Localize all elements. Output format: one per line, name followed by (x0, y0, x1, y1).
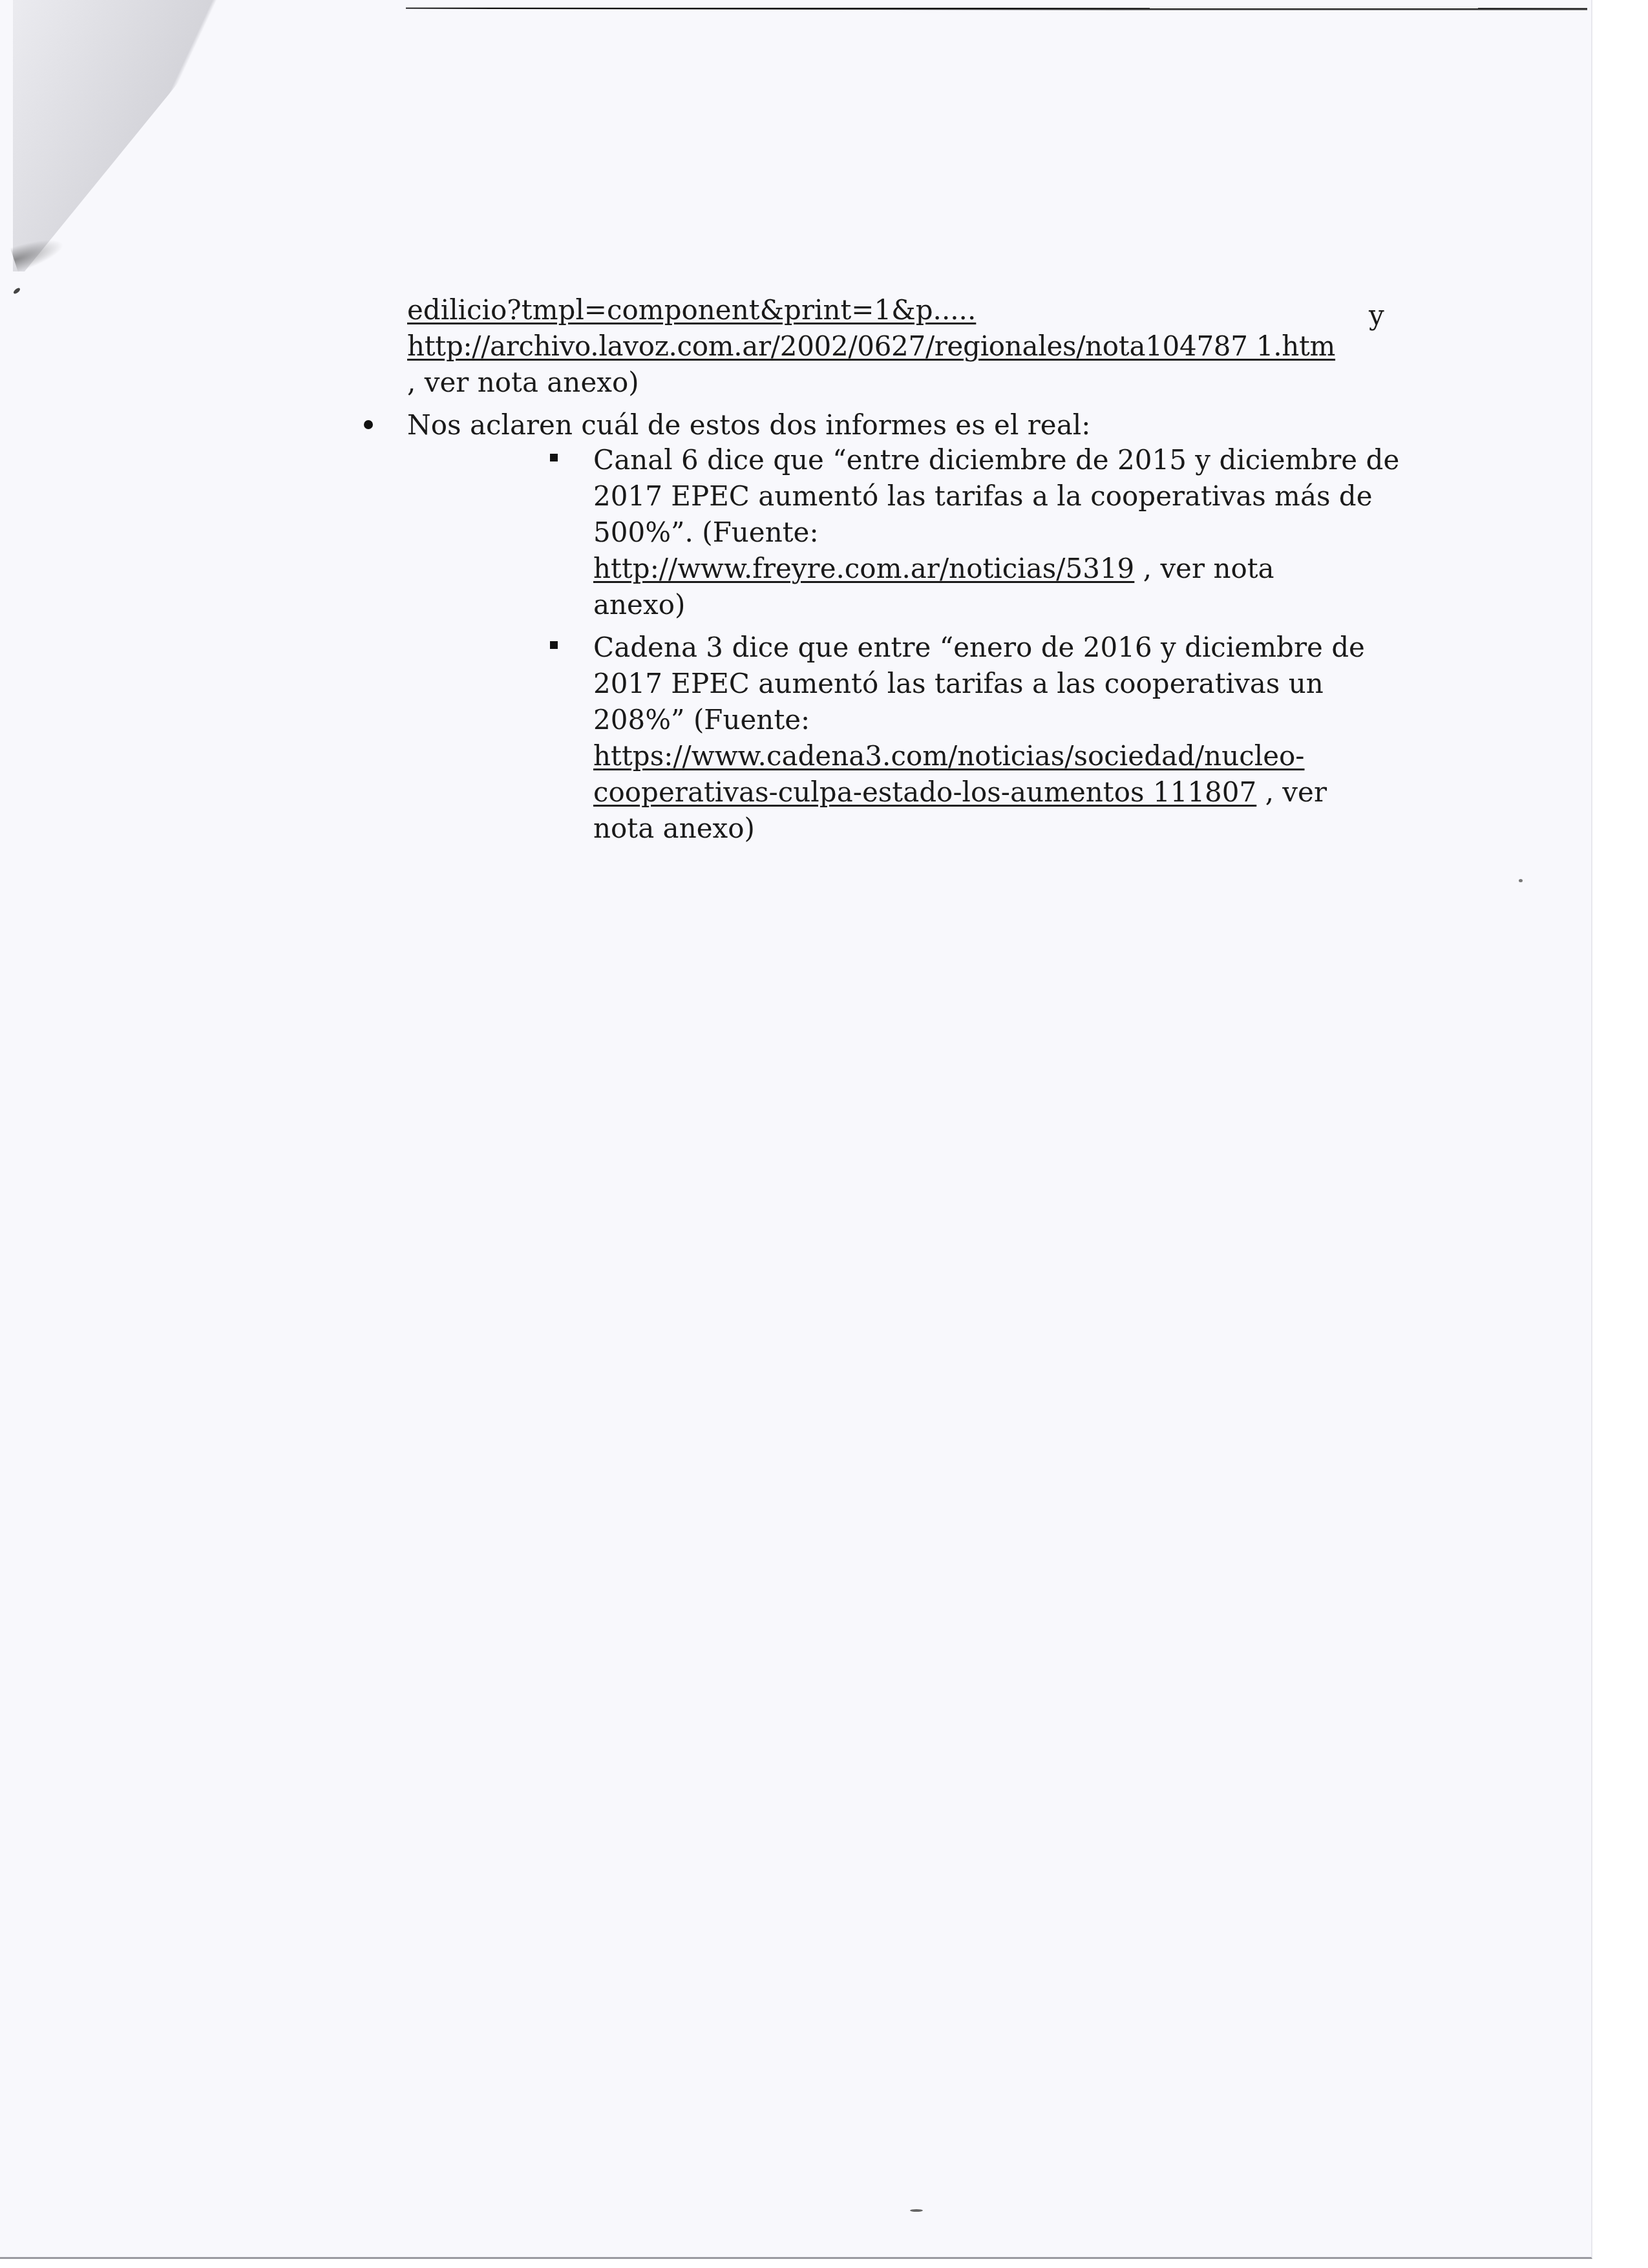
link-lavoz[interactable]: http://archivo.lavoz.com.ar/2002/0627/re… (407, 330, 1335, 362)
subitem-1-line-3: 500%”. (Fuente: (593, 514, 819, 551)
scan-speck (1519, 879, 1523, 882)
subitem-2-line-3: 208%” (Fuente: (593, 702, 810, 738)
scan-speck (910, 2209, 923, 2212)
continuation-line-2: http://archivo.lavoz.com.ar/2002/0627/re… (407, 328, 1335, 365)
link-edilicio[interactable]: edilicio?tmpl=component&print=1&p..... (407, 294, 976, 326)
subitem-2-last-line: nota anexo) (593, 811, 755, 847)
document-body: edilicio?tmpl=component&print=1&p..... y… (0, 0, 1648, 2268)
bullet-dot-icon (364, 420, 373, 429)
subitem-1-link-line: http://www.freyre.com.ar/noticias/5319 ,… (593, 551, 1274, 587)
conjunction-y: y (1369, 297, 1384, 334)
square-bullet-icon (550, 454, 558, 461)
subitem-1-after-link: , ver nota (1134, 553, 1274, 584)
subitem-2-line-2: 2017 EPEC aumentó las tarifas a las coop… (593, 666, 1324, 702)
continuation-line-1: edilicio?tmpl=component&print=1&p..... (407, 292, 976, 328)
square-bullet-icon (550, 641, 558, 649)
link-cadena3-part2[interactable]: cooperativas-culpa-estado-los-aumentos 1… (593, 776, 1256, 808)
continuation-trailing: , ver nota anexo) (407, 365, 639, 401)
bullet-item-text: Nos aclaren cuál de estos dos informes e… (407, 407, 1090, 443)
subitem-2-after-link: , ver (1256, 776, 1327, 808)
subitem-1-line-1: Canal 6 dice que “entre diciembre de 201… (593, 442, 1399, 478)
subitem-2-link-line-1: https://www.cadena3.com/noticias/socieda… (593, 738, 1305, 774)
subitem-1-line-2: 2017 EPEC aumentó las tarifas a la coope… (593, 478, 1373, 514)
link-cadena3-part1[interactable]: https://www.cadena3.com/noticias/socieda… (593, 740, 1305, 772)
subitem-1-last-line: anexo) (593, 587, 685, 623)
subitem-2-link-line-2: cooperativas-culpa-estado-los-aumentos 1… (593, 774, 1327, 811)
link-freyre[interactable]: http://www.freyre.com.ar/noticias/5319 (593, 553, 1134, 584)
subitem-2-line-1: Cadena 3 dice que entre “enero de 2016 y… (593, 630, 1365, 666)
